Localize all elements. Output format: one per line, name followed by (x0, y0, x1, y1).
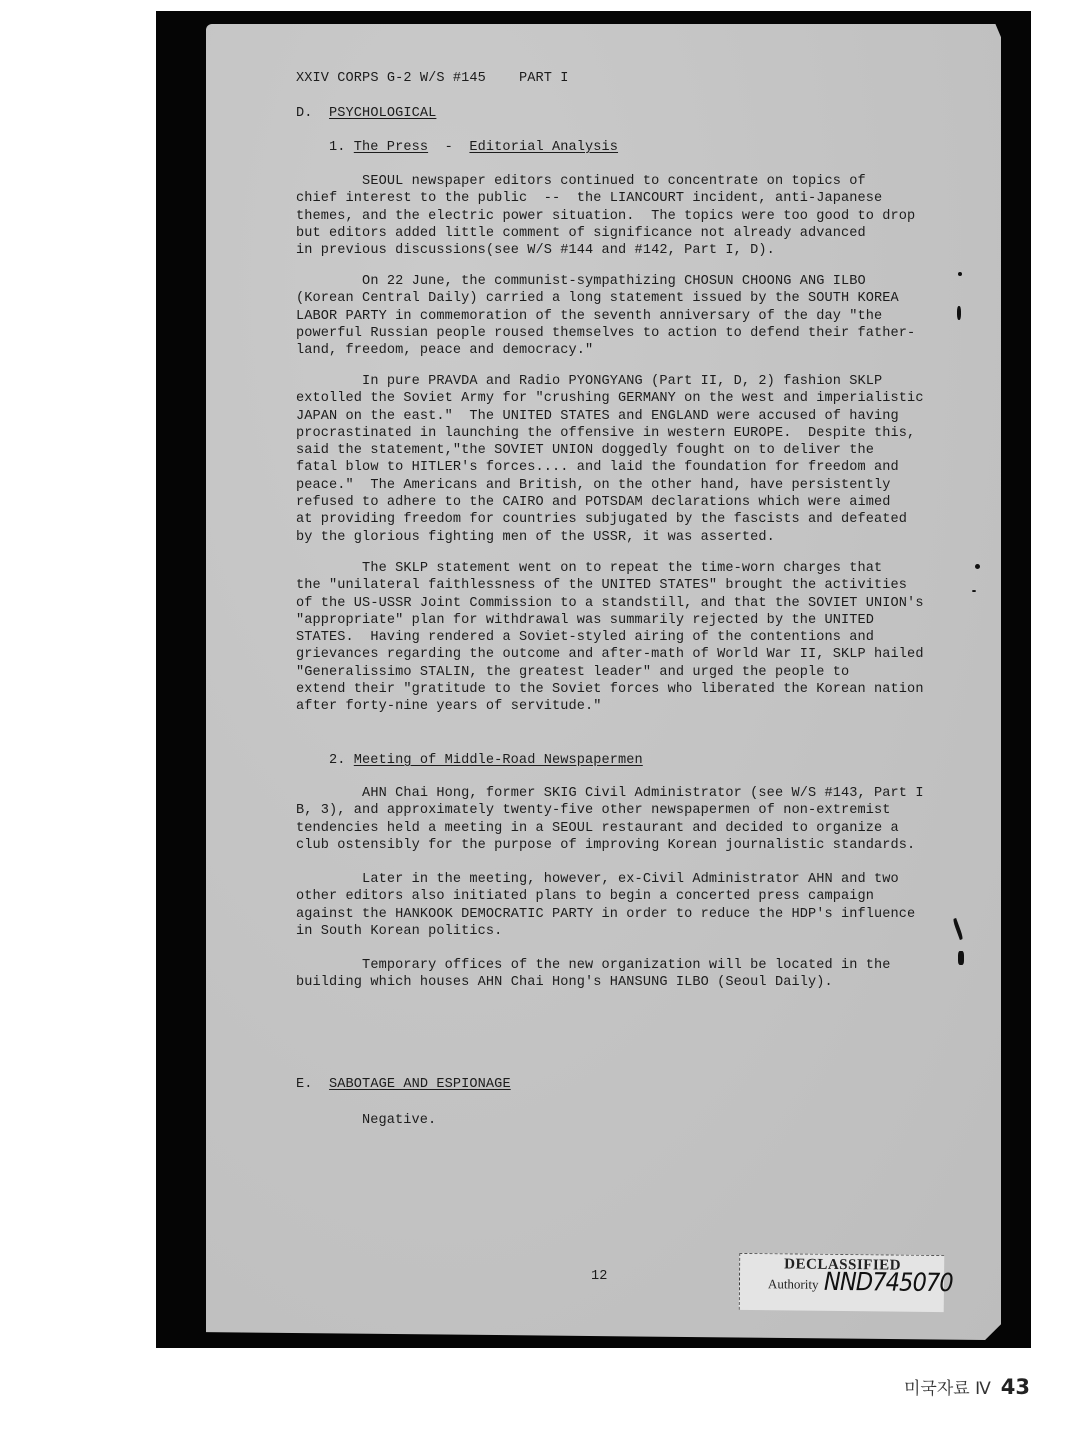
text-line: other editors also initiated plans to be… (296, 888, 915, 905)
text-line: extend their "gratitude to the Soviet fo… (296, 681, 924, 698)
text-line: extolled the Soviet Army for "crushing G… (296, 390, 924, 407)
book-title: 미국자료 Ⅳ (904, 1379, 991, 1399)
text-line: club ostensibly for the purpose of impro… (296, 837, 924, 854)
paragraph-editors: SEOUL newspaper editors continued to con… (296, 173, 915, 259)
text-line: land, freedom, peace and democracy." (296, 342, 915, 359)
text-line: STATES. Having rendered a Soviet-styled … (296, 629, 924, 646)
item-1-separator: - (445, 140, 453, 155)
text-line: fatal blow to HITLER's forces.... and la… (296, 459, 924, 476)
scan-speck (958, 272, 962, 276)
text-line: The SKLP statement went on to repeat the… (296, 560, 924, 577)
text-line: tendencies held a meeting in a SEOUL res… (296, 820, 924, 837)
text-line: LABOR PARTY in commemoration of the seve… (296, 308, 915, 325)
text-line: in South Korean politics. (296, 923, 915, 940)
text-line: JAPAN on the east." The UNITED STATES an… (296, 408, 924, 425)
text-line: at providing freedom for countries subju… (296, 511, 924, 528)
book-page-number: 43 (1001, 1375, 1030, 1399)
item-2-heading: 2. Meeting of Middle-Road Newspapermen (329, 752, 643, 769)
text-line: but editors added little comment of sign… (296, 225, 915, 242)
text-line: powerful Russian people roused themselve… (296, 325, 915, 342)
item-2-title: Meeting of Middle-Road Newspapermen (354, 753, 643, 768)
section-e-heading: E. SABOTAGE AND ESPIONAGE (296, 1076, 511, 1093)
scan-mark (958, 951, 964, 965)
declassified-stamp: DECLASSIFIED Authority NND745070 (739, 1253, 945, 1312)
text-line: building which houses AHN Chai Hong's HA… (296, 974, 891, 991)
text-line: themes, and the electric power situation… (296, 208, 915, 225)
text-line: Temporary offices of the new organizatio… (296, 957, 891, 974)
text-line: (Korean Central Daily) carried a long st… (296, 290, 915, 307)
scan-speck (975, 564, 980, 569)
paragraph-chosun: On 22 June, the communist-sympathizing C… (296, 273, 915, 359)
section-e-letter: E. (296, 1077, 313, 1092)
book-footer: 미국자료 Ⅳ43 (904, 1374, 1030, 1399)
item-1-title-a: The Press (354, 140, 428, 155)
text-line: peace." The Americans and British, on th… (296, 477, 924, 494)
text-line: against the HANKOOK DEMOCRATIC PARTY in … (296, 906, 915, 923)
paragraph-ahn-meeting: AHN Chai Hong, former SKIG Civil Adminis… (296, 785, 924, 854)
item-1-title-b: Editorial Analysis (469, 140, 618, 155)
paragraph-pravda: In pure PRAVDA and Radio PYONGYANG (Part… (296, 373, 924, 546)
text-line: "Generalissimo STALIN, the greatest lead… (296, 664, 924, 681)
text-line: refused to adhere to the CAIRO and POTSD… (296, 494, 924, 511)
scan-speck (972, 590, 976, 592)
text-line: B, 3), and approximately twenty-five oth… (296, 802, 924, 819)
item-2-number: 2. (329, 753, 346, 768)
paragraph-offices: Temporary offices of the new organizatio… (296, 957, 891, 992)
text-line: "appropriate" plan for withdrawal was su… (296, 612, 924, 629)
text-line: SEOUL newspaper editors continued to con… (296, 173, 915, 190)
paragraph-sklp-statement: The SKLP statement went on to repeat the… (296, 560, 924, 716)
text-line: in previous discussions(see W/S #144 and… (296, 242, 915, 259)
section-d-letter: D. (296, 106, 313, 121)
item-1-number: 1. (329, 140, 346, 155)
document-page-number: 12 (591, 1268, 608, 1285)
item-1-heading: 1. The Press - Editorial Analysis (329, 139, 618, 156)
text-line: AHN Chai Hong, former SKIG Civil Adminis… (296, 785, 924, 802)
text-line: after forty-nine years of servitude." (296, 698, 924, 715)
text-line: On 22 June, the communist-sympathizing C… (296, 273, 915, 290)
text-line: Later in the meeting, however, ex-Civil … (296, 871, 915, 888)
section-e-body: Negative. (362, 1112, 436, 1129)
document-header: XXIV CORPS G-2 W/S #145 PART I (296, 70, 569, 87)
section-d-title: PSYCHOLOGICAL (329, 106, 436, 121)
stamp-code: NND745070 (824, 1267, 953, 1297)
text-line: In pure PRAVDA and Radio PYONGYANG (Part… (296, 373, 924, 390)
stamp-label: Authority (768, 1276, 819, 1293)
text-line: by the glorious fighting men of the USSR… (296, 529, 924, 546)
text-line: the "unilateral faithlessness of the UNI… (296, 577, 924, 594)
text-line: of the US-USSR Joint Commission to a sta… (296, 595, 924, 612)
scan-mark (957, 306, 961, 320)
text-line: said the statement,"the SOVIET UNION dog… (296, 442, 924, 459)
text-line: procrastinated in launching the offensiv… (296, 425, 924, 442)
section-e-title: SABOTAGE AND ESPIONAGE (329, 1077, 511, 1092)
paragraph-press-campaign: Later in the meeting, however, ex-Civil … (296, 871, 915, 940)
text-line: chief interest to the public -- the LIAN… (296, 190, 915, 207)
section-d-heading: D. PSYCHOLOGICAL (296, 105, 436, 122)
text-line: grievances regarding the outcome and aft… (296, 646, 924, 663)
